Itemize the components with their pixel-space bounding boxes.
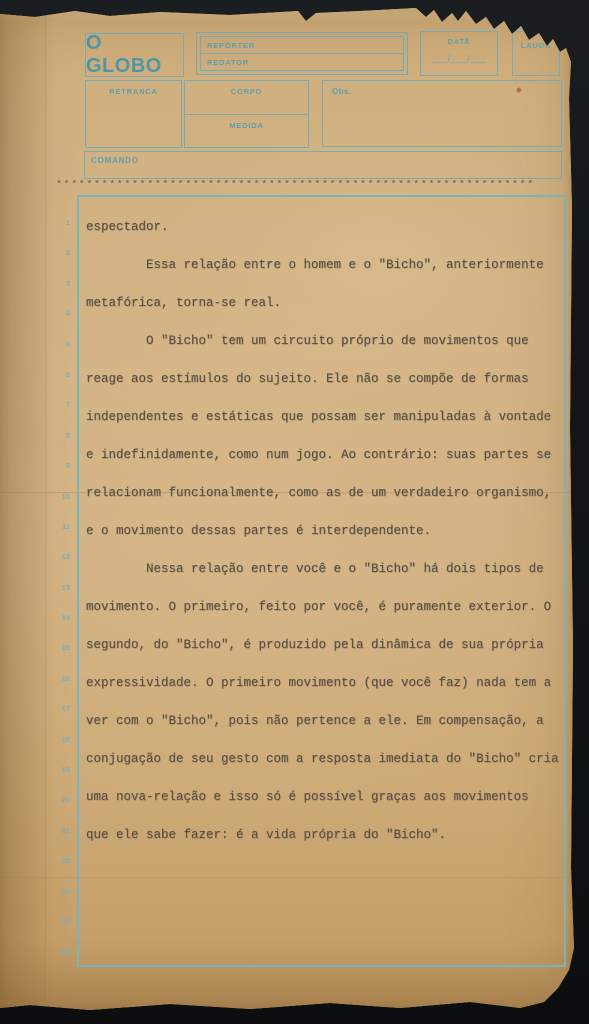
line-number: 6 <box>46 360 70 390</box>
line-number: 22 <box>46 846 70 876</box>
line-number: 4 <box>46 299 70 329</box>
line-number: 17 <box>46 694 70 724</box>
typed-line: expressividade. O primeiro movimento (qu… <box>86 664 566 702</box>
redator-field-label: REDATOR <box>207 58 249 67</box>
medida-field-cell: MEDIDA <box>185 114 308 148</box>
line-number: 8 <box>46 421 70 451</box>
line-number: 21 <box>46 816 70 846</box>
lauda-field-label: LAUDA <box>513 41 559 50</box>
typewritten-text-block: espectador. Essa relação entre o homem e… <box>86 208 566 854</box>
typed-line: ver com o "Bicho", pois não pertence a e… <box>86 702 566 740</box>
line-number: 25 <box>46 937 70 967</box>
typed-line: relacionam funcionalmente, como as de um… <box>86 474 566 512</box>
line-number: 11 <box>46 512 70 542</box>
lauda-field-box: LAUDA <box>512 31 560 76</box>
masthead-logo: O GLOBO <box>86 32 183 78</box>
paper-sheet: O GLOBO REPÓRTER REDATOR DATA ___/___/__… <box>0 8 578 1010</box>
typed-line: que ele sabe fazer: é a vida própria do … <box>86 816 566 854</box>
line-number: 10 <box>46 482 70 512</box>
typed-asterisk-separator: ****************************************… <box>56 180 568 191</box>
line-number-column: 1234567891011121314151617181920212223242… <box>46 208 70 968</box>
line-number: 14 <box>46 603 70 633</box>
comando-field-label: COMANDO <box>91 156 561 165</box>
typed-line: Essa relação entre o homem e o "Bicho", … <box>86 246 566 284</box>
date-field-label: DATA <box>421 37 497 46</box>
typed-line: independentes e estáticas que possam ser… <box>86 398 566 436</box>
retranca-field-box: RETRANCA <box>85 80 182 148</box>
reporter-redator-box: REPÓRTER REDATOR <box>196 32 408 75</box>
reporter-field-row: REPÓRTER <box>201 37 403 53</box>
scanned-newsroom-page: O GLOBO REPÓRTER REDATOR DATA ___/___/__… <box>0 0 589 1024</box>
line-number: 15 <box>46 633 70 663</box>
typed-line: e o movimento dessas partes é interdepen… <box>86 512 566 550</box>
typed-line: uma nova-relação e isso só é possível gr… <box>86 778 566 816</box>
line-number: 20 <box>46 785 70 815</box>
line-number: 23 <box>46 877 70 907</box>
typed-line: O "Bicho" tem um circuito próprio de mov… <box>86 322 566 360</box>
obs-field-box: Obs. <box>322 80 562 147</box>
typed-line: conjugação de seu gesto com a resposta i… <box>86 740 566 778</box>
line-number: 13 <box>46 573 70 603</box>
date-field-box: DATA ___/___/___ <box>420 31 498 76</box>
line-number: 24 <box>46 907 70 937</box>
reporter-redator-inner-frame: REPÓRTER REDATOR <box>200 36 404 71</box>
corpo-field-cell: CORPO <box>185 81 308 114</box>
line-number: 3 <box>46 269 70 299</box>
line-number: 9 <box>46 451 70 481</box>
retranca-field-label: RETRANCA <box>86 87 181 96</box>
corpo-field-label: CORPO <box>185 87 308 96</box>
typed-line: e indefinidamente, como num jogo. Ao con… <box>86 436 566 474</box>
comando-field-bar: COMANDO <box>84 151 562 179</box>
corpo-medida-box: CORPO MEDIDA <box>184 80 309 148</box>
redator-field-row: REDATOR <box>201 53 403 70</box>
typed-line: movimento. O primeiro, feito por você, é… <box>86 588 566 626</box>
line-number: 2 <box>46 238 70 268</box>
line-number: 19 <box>46 755 70 785</box>
obs-field-label: Obs. <box>332 87 561 96</box>
line-number: 18 <box>46 725 70 755</box>
typed-line: segundo, do "Bicho", é produzido pela di… <box>86 626 566 664</box>
masthead-box: O GLOBO <box>85 33 184 77</box>
typed-line: reage aos estímulos do sujeito. Ele não … <box>86 360 566 398</box>
line-number: 12 <box>46 542 70 572</box>
line-number: 5 <box>46 330 70 360</box>
reporter-field-label: REPÓRTER <box>207 41 255 50</box>
typed-line: Nessa relação entre você e o "Bicho" há … <box>86 550 566 588</box>
line-number: 16 <box>46 664 70 694</box>
medida-field-label: MEDIDA <box>185 121 308 130</box>
date-blank-slashes: ___/___/___ <box>421 53 497 63</box>
line-number: 7 <box>46 390 70 420</box>
typed-line: metafórica, torna-se real. <box>86 284 566 322</box>
line-number: 1 <box>46 208 70 238</box>
typed-line: espectador. <box>86 208 566 246</box>
